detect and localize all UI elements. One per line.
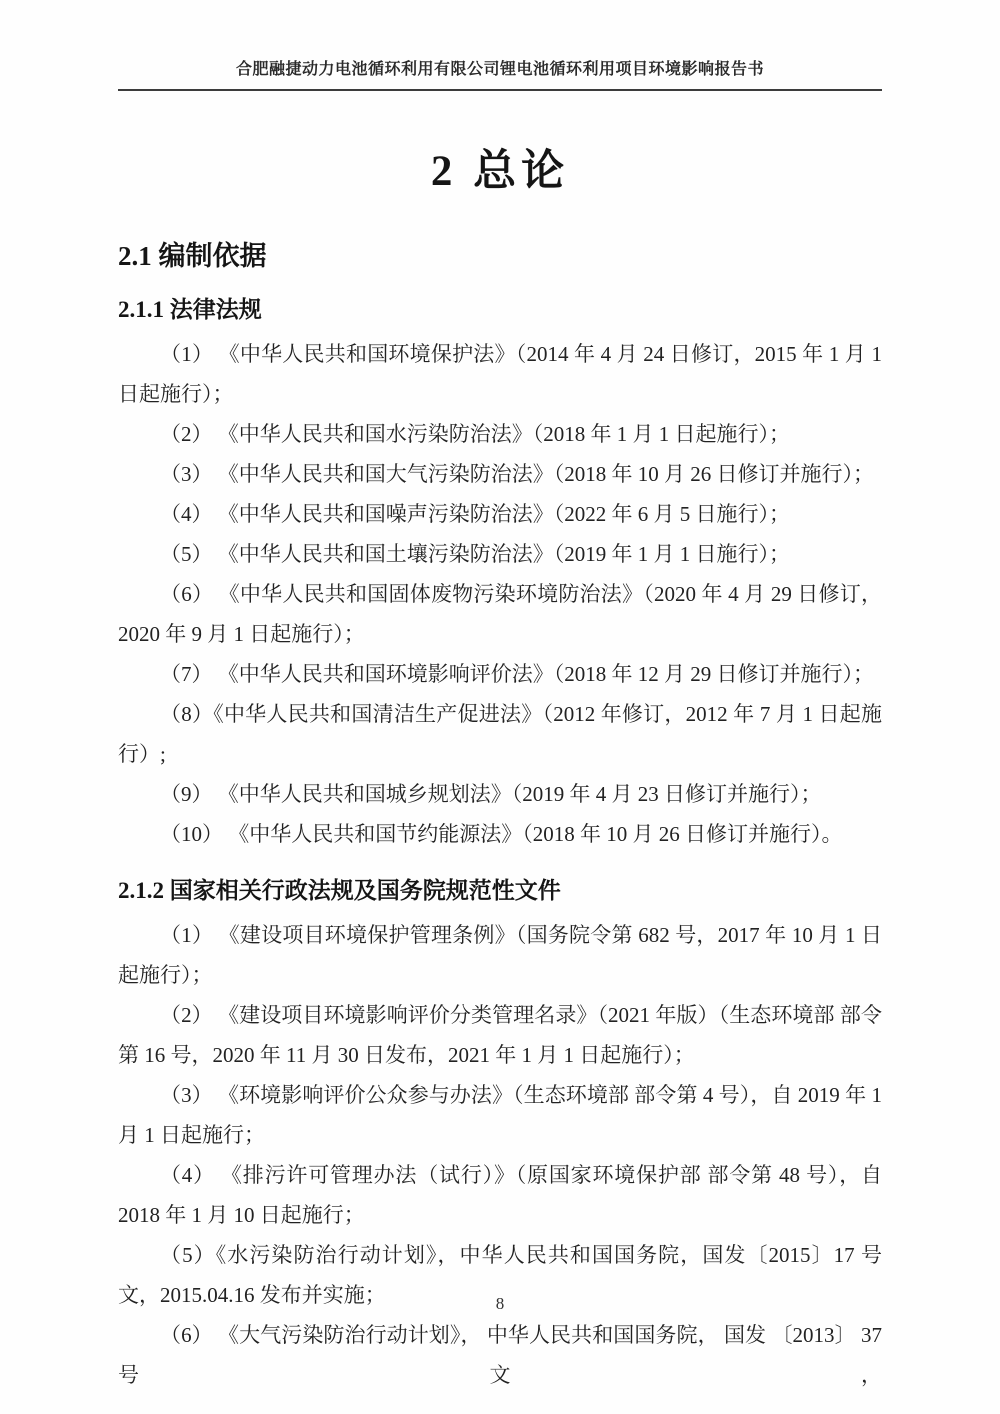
running-header: 合肥融捷动力电池循环利用有限公司锂电池循环利用项目环境影响报告书 [118, 56, 882, 91]
section-2-1-1-heading: 2.1.1 法律法规 [118, 291, 882, 324]
page-footer: 8 [0, 1294, 1000, 1314]
regulation-item-3: （3） 《环境影响评价公众参与办法》（生态环境部 部令第 4 号），自 2019… [118, 1075, 882, 1155]
law-item-5: （5） 《中华人民共和国土壤污染防治法》（2019 年 1 月 1 日施行）； [118, 534, 882, 574]
regulation-item-6: （6） 《大气污染防治行动计划》， 中华人民共和国国务院， 国发 〔2013〕 … [118, 1315, 882, 1395]
section-2-1-2-heading: 2.1.2 国家相关行政法规及国务院规范性文件 [118, 872, 882, 905]
law-item-3: （3） 《中华人民共和国大气污染防治法》（2018 年 10 月 26 日修订并… [118, 454, 882, 494]
regulation-item-2: （2） 《建设项目环境影响评价分类管理名录》（2021 年版）（生态环境部 部令… [118, 995, 882, 1075]
regulation-item-1: （1） 《建设项目环境保护管理条例》（国务院令第 682 号，2017 年 10… [118, 915, 882, 995]
law-item-9: （9） 《中华人民共和国城乡规划法》（2019 年 4 月 23 日修订并施行）… [118, 774, 882, 814]
law-item-10: （10） 《中华人民共和国节约能源法》（2018 年 10 月 26 日修订并施… [118, 814, 882, 854]
law-item-2: （2） 《中华人民共和国水污染防治法》（2018 年 1 月 1 日起施行）； [118, 414, 882, 454]
header-rule [118, 89, 882, 91]
law-item-8: （8）《中华人民共和国清洁生产促进法》（2012 年修订，2012 年 7 月 … [118, 694, 882, 774]
page-number: 8 [496, 1294, 505, 1313]
document-page: 合肥融捷动力电池循环利用有限公司锂电池循环利用项目环境影响报告书 2 总论 2.… [0, 0, 1000, 1414]
law-item-7: （7） 《中华人民共和国环境影响评价法》（2018 年 12 月 29 日修订并… [118, 654, 882, 694]
section-2-1-heading: 2.1 编制依据 [118, 234, 882, 273]
running-header-title: 合肥融捷动力电池循环利用有限公司锂电池循环利用项目环境影响报告书 [118, 56, 882, 79]
law-item-4: （4） 《中华人民共和国噪声污染防治法》（2022 年 6 月 5 日施行）； [118, 494, 882, 534]
chapter-title: 2 总论 [118, 137, 882, 198]
law-item-6: （6） 《中华人民共和国固体废物污染环境防治法》（2020 年 4 月 29 日… [118, 574, 882, 654]
regulation-item-4: （4） 《排污许可管理办法（试行）》（原国家环境保护部 部令第 48 号），自 … [118, 1155, 882, 1235]
law-item-1: （1） 《中华人民共和国环境保护法》（2014 年 4 月 24 日修订，201… [118, 334, 882, 414]
